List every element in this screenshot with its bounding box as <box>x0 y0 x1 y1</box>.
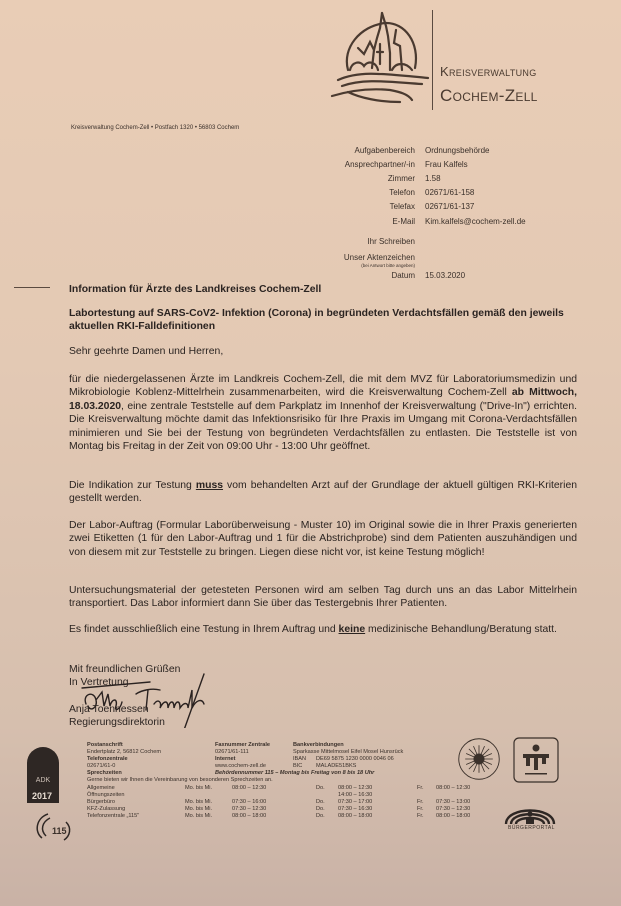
schedule-days: Fr. <box>417 813 424 819</box>
paragraph-4: Untersuchungsmaterial der getesteten Per… <box>69 584 577 611</box>
p5-text: Es findet ausschließlich eine Testung in… <box>69 624 339 635</box>
schedule-days: Mo. bis Mi. <box>185 813 212 819</box>
p5-emphasis: keine <box>339 624 366 635</box>
seal-sunburst-icon <box>456 736 502 782</box>
bic-label: BIC <box>293 763 302 769</box>
paragraph-3: Der Labor-Auftrag (Formular Laborüberwei… <box>69 519 577 559</box>
p2-text: Die Indikation zur Testung <box>69 480 196 491</box>
info-label: Datum <box>391 271 415 280</box>
logo-divider <box>432 10 433 110</box>
sender-address-line: Kreisverwaltung Cochem-Zell • Postfach 1… <box>71 125 239 131</box>
schedule-time: 08:00 – 18:00 <box>436 813 470 819</box>
schedule-days: Do. <box>316 813 325 819</box>
schedule-name: Telefonzentrale „115" <box>87 813 139 819</box>
schedule-name: Öffnungszeiten <box>87 792 125 798</box>
info-label: (bei Antwort bitte angeben) <box>361 263 415 268</box>
badge-115: 115 <box>52 826 67 836</box>
fax-value: 02671/61-111 <box>215 749 249 755</box>
schedule-days: Fr. <box>417 799 424 805</box>
bic-value: MALADE51BKS <box>316 763 356 769</box>
brand-line-kreisverwaltung: Kreisverwaltung <box>440 64 537 79</box>
schedule-days: Fr. <box>417 785 424 791</box>
schedule-time: 08:00 – 18:00 <box>232 813 266 819</box>
p1-text: für die niedergelassenen Ärzte im Landkr… <box>69 374 577 398</box>
bank-label: Bankverbindungen <box>293 742 344 748</box>
info-label: Telefax <box>390 202 415 211</box>
info-value: Ordnungsbehörde <box>425 146 490 155</box>
schedule-days: Fr. <box>417 806 424 812</box>
bank-name: Sparkasse Mittelmosel Eifel Mosel Hunsrü… <box>293 749 403 755</box>
fold-mark <box>14 287 50 288</box>
p2-emphasis: muss <box>196 480 223 491</box>
postal-value: Endertplatz 2, 56812 Cochem <box>87 749 161 755</box>
schedule-time: 07:30 – 16:30 <box>338 806 372 812</box>
info-value: 02671/61-158 <box>425 188 474 197</box>
schedule-time: 08:00 – 18:00 <box>338 813 372 819</box>
schedule-time: 08:00 – 12:30 <box>232 785 266 791</box>
badge-year: 2017 <box>32 791 52 801</box>
schedule-name: Bürgerbüro <box>87 799 115 805</box>
schedule-time: 07:30 – 17:00 <box>338 799 372 805</box>
svg-text:ADK: ADK <box>36 777 51 784</box>
iban-value: DE69 5875 1230 0000 0046 06 <box>316 756 394 762</box>
schedule-days: Do. <box>316 799 325 805</box>
website-link[interactable]: www.cochem-zell.de <box>215 763 266 769</box>
info-label: Unser Aktenzeichen <box>344 253 415 262</box>
info-label: E-Mail <box>392 217 415 226</box>
info-label: Ihr Schreiben <box>367 237 415 246</box>
info-value: Frau Kalfels <box>425 160 468 169</box>
schedule-time: 08:00 – 12:30 <box>436 785 470 791</box>
letter-date: 15.03.2020 <box>425 271 465 280</box>
p1-text-cont: , eine zentrale Teststelle auf dem Parkp… <box>69 401 577 452</box>
handwritten-signature-icon <box>80 668 220 728</box>
info-label: Zimmer <box>388 174 415 183</box>
letter-subject: Labortestung auf SARS-CoV2- Infektion (C… <box>69 307 577 334</box>
postal-label: Postanschrift <box>87 742 123 748</box>
phone-label: Telefonzentrale <box>87 756 128 762</box>
schedule-days: Do. <box>316 806 325 812</box>
schedule-time: 07:30 – 16:00 <box>232 799 266 805</box>
schedule-time: 08:00 – 12:30 <box>338 785 372 791</box>
schedule-name: KFZ-Zulassung <box>87 806 125 812</box>
schedule-days: Mo. bis Mi. <box>185 799 212 805</box>
paragraph-1: für die niedergelassenen Ärzte im Landkr… <box>69 373 577 453</box>
iban-label: IBAN <box>293 756 306 762</box>
internet-label: Internet <box>215 756 236 762</box>
info-value: 02671/61-137 <box>425 202 474 211</box>
hours-label: Sprechzeiten <box>87 770 122 776</box>
schedule-time: 07:30 – 13:00 <box>436 799 470 805</box>
schedule-time: 07:30 – 12:30 <box>232 806 266 812</box>
schedule-time: 07:30 – 12:30 <box>436 806 470 812</box>
hours-note: Gerne bieten wir Ihnen die Vereinbarung … <box>87 777 273 783</box>
info-label: Ansprechpartner/-in <box>345 160 415 169</box>
accessibility-certificate-icon <box>513 737 559 783</box>
paragraph-5: Es findet ausschließlich eine Testung in… <box>69 623 577 636</box>
info-value: 1.58 <box>425 174 441 183</box>
info-label: Aufgabenbereich <box>355 146 416 155</box>
schedule-time: 14:00 – 16:30 <box>338 792 372 798</box>
salutation: Sehr geehrte Damen und Herren, <box>69 345 577 358</box>
authority-number: Behördennummer 115 – Montag bis Freitag … <box>215 770 374 776</box>
paragraph-2: Die Indikation zur Testung muss vom beha… <box>69 479 577 506</box>
letter-heading: Information für Ärzte des Landkreises Co… <box>69 283 577 296</box>
email-link[interactable]: Kim.kalfels@cochem-zell.de <box>425 217 526 226</box>
info-label: Telefon <box>389 188 415 197</box>
schedule-days: Mo. bis Mi. <box>185 785 212 791</box>
schedule-name: Allgemeine <box>87 785 115 791</box>
buergerportal-label: Bürgerportal <box>508 825 555 831</box>
p5-text-cont: medizinische Behandlung/Beratung statt. <box>365 624 557 635</box>
schedule-days: Mo. bis Mi. <box>185 806 212 812</box>
kreisverwaltung-logo-icon <box>330 8 430 108</box>
brand-line-cochem-zell: Cochem-Zell <box>440 86 538 106</box>
fax-label: Faxnummer Zentrale <box>215 742 270 748</box>
phone-value: 02671/61-0 <box>87 763 115 769</box>
schedule-days: Do. <box>316 785 325 791</box>
